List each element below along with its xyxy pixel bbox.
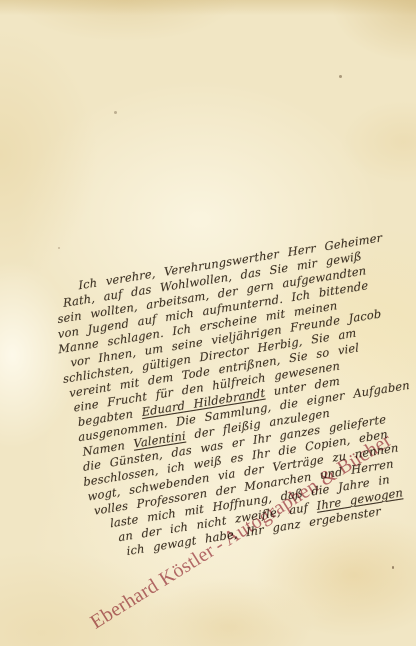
ink-speck (114, 111, 117, 114)
ink-speck (339, 75, 342, 78)
letter-page: Ich verehre, Verehrungswerther Herr Gehe… (0, 0, 416, 646)
ink-speck (392, 566, 394, 569)
handwritten-text-block: Ich verehre, Verehrungswerther Herr Gehe… (30, 221, 416, 568)
ink-speck (58, 247, 60, 249)
